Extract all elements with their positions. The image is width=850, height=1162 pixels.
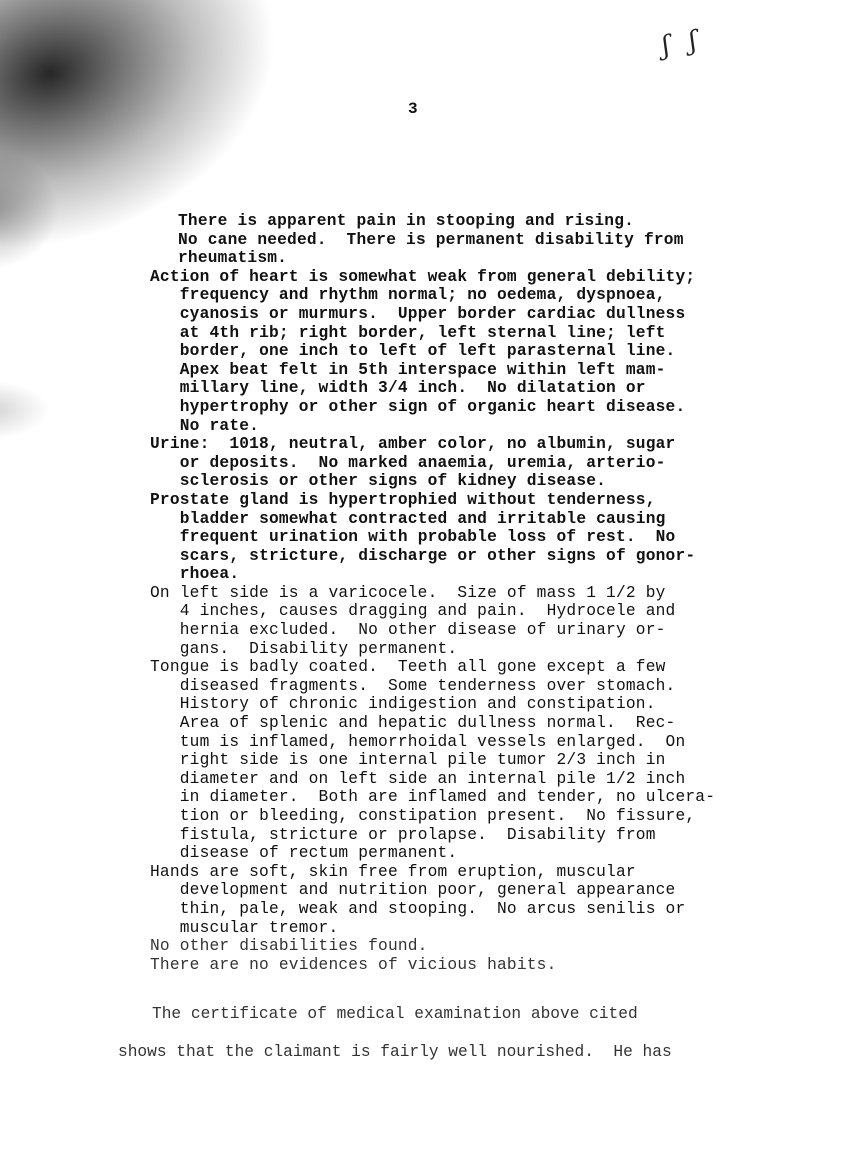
paragraph-varicocele: On left side is a varicocele. Size of ma… <box>150 584 830 658</box>
paragraph-heart: Action of heart is somewhat weak from ge… <box>150 268 830 435</box>
scan-stain <box>0 380 50 440</box>
paragraph-tongue-rectum: Tongue is badly coated. Teeth all gone e… <box>150 658 830 863</box>
paragraph-no-other-disabilities: No other disabilities found. <box>150 937 830 956</box>
paragraph-hands: Hands are soft, skin free from eruption,… <box>150 863 830 937</box>
handwritten-mark: ʃ ʃ <box>660 25 705 62</box>
paragraph-urine: Urine: 1018, neutral, amber color, no al… <box>150 435 830 491</box>
paragraph-rheumatism: There is apparent pain in stooping and r… <box>150 212 830 268</box>
page-number: 3 <box>408 100 418 118</box>
paragraph-prostate: Prostate gland is hypertrophied without … <box>150 491 830 584</box>
paragraph-habits: There are no evidences of vicious habits… <box>150 956 830 975</box>
closing-line-1: The certificate of medical examination a… <box>152 1005 638 1023</box>
scan-stain <box>0 150 60 270</box>
examination-findings: There is apparent pain in stooping and r… <box>150 212 830 974</box>
closing-line-2: shows that the claimant is fairly well n… <box>118 1043 672 1061</box>
